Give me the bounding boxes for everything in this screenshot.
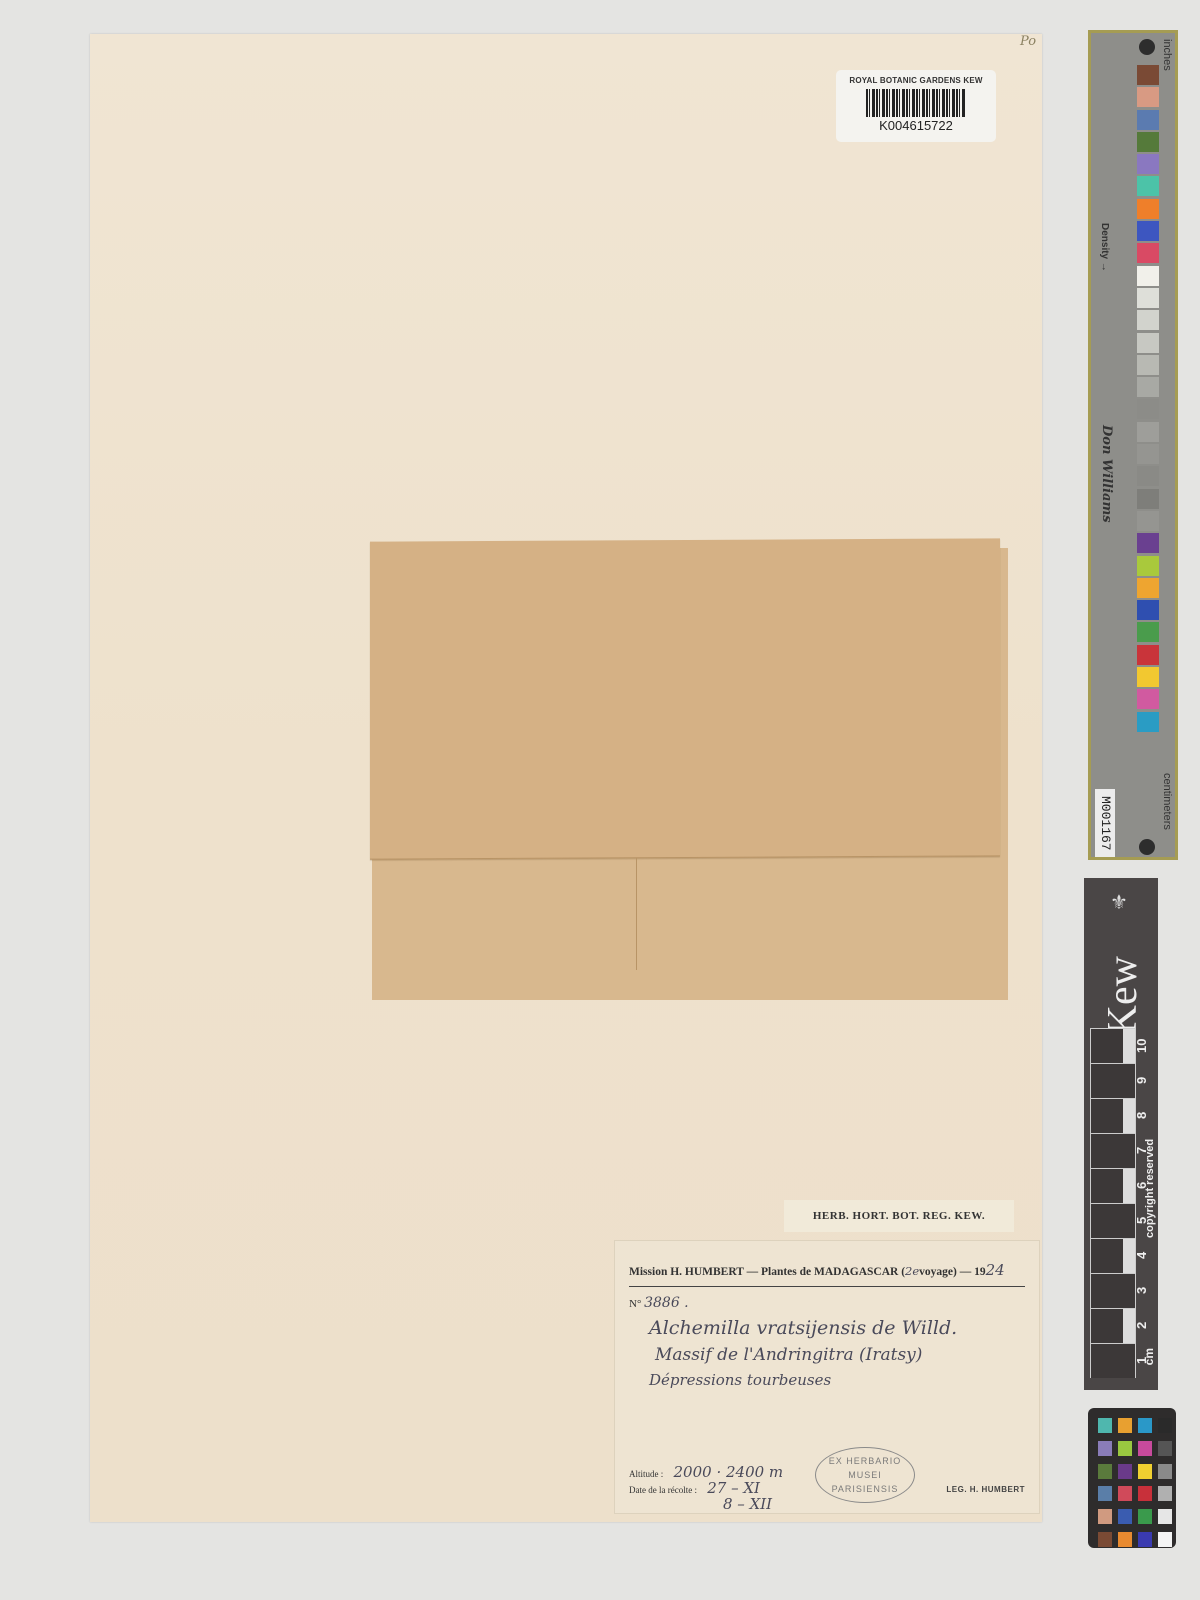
color-chip [1118,1532,1132,1547]
stamp-line: PARISIENSIS [816,1482,914,1496]
stamp-line: EX HERBARIO [816,1454,914,1468]
color-swatch [1137,355,1159,375]
color-swatch [1137,689,1159,709]
color-chip [1138,1441,1152,1456]
color-chip [1118,1486,1132,1501]
color-chip [1138,1464,1152,1479]
scale-id: M001167 [1095,789,1115,857]
stamp-line: MUSEI [816,1468,914,1482]
envelope-flap [370,538,1000,859]
header-printed: Mission H. HUMBERT — Plantes de MADAGASC… [629,1266,905,1278]
taxon-name: Alchemilla vratsijensis de Willd. [649,1317,957,1339]
barcode-institution: ROYAL BOTANIC GARDENS KEW [836,76,996,85]
color-swatch [1137,65,1159,85]
crest-icon: ⚜ [1110,890,1128,915]
color-swatch [1137,622,1159,642]
color-chip [1158,1441,1172,1456]
color-chip [1118,1509,1132,1524]
color-chip [1098,1441,1112,1456]
color-chip [1098,1532,1112,1547]
color-swatch [1137,578,1159,598]
collection-number: N° 3886 . [629,1295,689,1311]
color-swatch [1137,243,1159,263]
color-chip [1118,1441,1132,1456]
units-label: cm [1142,1348,1156,1365]
locality: Massif de l'Andringitra (Iratsy) [655,1345,922,1365]
color-swatch [1137,132,1159,152]
header-printed-2: voyage) — 19 [919,1266,985,1278]
collection-label: Mission H. HUMBERT — Plantes de MADAGASC… [614,1240,1040,1514]
color-chip [1158,1464,1172,1479]
ruler [1090,1028,1136,1378]
header-voyage: 2e [905,1264,919,1278]
color-chip [1138,1418,1152,1433]
museum-stamp: EX HERBARIO MUSEI PARISIENSIS [815,1447,915,1503]
color-chip [1118,1464,1132,1479]
color-swatch [1137,533,1159,553]
color-swatch [1137,377,1159,397]
header-year: 24 [986,1261,1005,1279]
color-swatch [1137,87,1159,107]
color-chip [1098,1418,1112,1433]
hole-icon [1139,39,1155,55]
color-chip [1158,1509,1172,1524]
hole-icon [1139,839,1155,855]
habitat: Dépressions tourbeuses [649,1371,831,1389]
color-chip [1098,1464,1112,1479]
color-swatch [1137,154,1159,174]
color-chip [1138,1532,1152,1547]
color-swatch [1137,466,1159,486]
barcode-icon [866,89,966,117]
centimeters-label: centimeters [1161,773,1173,830]
herbarium-label: HERB. HORT. BOT. REG. KEW. [784,1200,1014,1232]
color-swatch [1137,600,1159,620]
altitude-label: Altitude : [629,1469,663,1479]
date-value-2: 8 – XII [723,1495,772,1513]
color-swatch [1137,110,1159,130]
color-checker-card [1088,1408,1176,1548]
color-swatch [1137,511,1159,531]
color-swatch [1137,444,1159,464]
color-swatch [1137,199,1159,219]
swatch-column [1137,65,1159,734]
color-chip [1098,1486,1112,1501]
color-swatch [1137,266,1159,286]
copyright-text: copyright reserved [1144,1028,1156,1238]
legit: LEG. H. HUMBERT [946,1485,1025,1494]
color-swatch [1137,712,1159,732]
brand-logo: Don Williams [1099,425,1114,523]
envelope-fold [636,858,637,970]
barcode-label: ROYAL BOTANIC GARDENS KEW K004615722 [836,70,996,142]
collection-header: Mission H. HUMBERT — Plantes de MADAGASC… [629,1261,1025,1287]
color-swatch [1137,176,1159,196]
ruler-number: 4 [1134,1238,1154,1273]
color-swatch [1137,399,1159,419]
color-swatch [1137,333,1159,353]
color-swatch [1137,667,1159,687]
color-chip [1118,1418,1132,1433]
color-swatch [1137,556,1159,576]
color-swatch [1137,422,1159,442]
color-chip [1138,1486,1152,1501]
ruler-number: 2 [1134,1308,1154,1343]
color-chip [1158,1418,1172,1433]
date-label: Date de la récolte : [629,1485,697,1495]
color-swatch [1137,489,1159,509]
color-chip [1158,1532,1172,1547]
kew-scale: ⚜ Kew 1 2 3 4 5 6 7 8 9 10 copyright res… [1084,878,1158,1390]
inches-label: inches [1161,39,1173,71]
color-scale-bar: inches Density → Don Williams centimeter… [1088,30,1178,860]
density-label: Density → [1099,223,1110,272]
number-value: 3886 . [644,1295,689,1311]
corner-mark: Po [1020,34,1036,49]
color-swatch [1137,288,1159,308]
color-swatch [1137,221,1159,241]
color-chip [1098,1509,1112,1524]
color-swatch [1137,310,1159,330]
color-swatch [1137,645,1159,665]
color-chip [1158,1486,1172,1501]
barcode-number: K004615722 [836,118,996,133]
ruler-number: 3 [1134,1273,1154,1308]
kew-logo: Kew [1104,956,1142,1035]
number-prefix: N° [629,1298,641,1310]
color-chip [1138,1509,1152,1524]
